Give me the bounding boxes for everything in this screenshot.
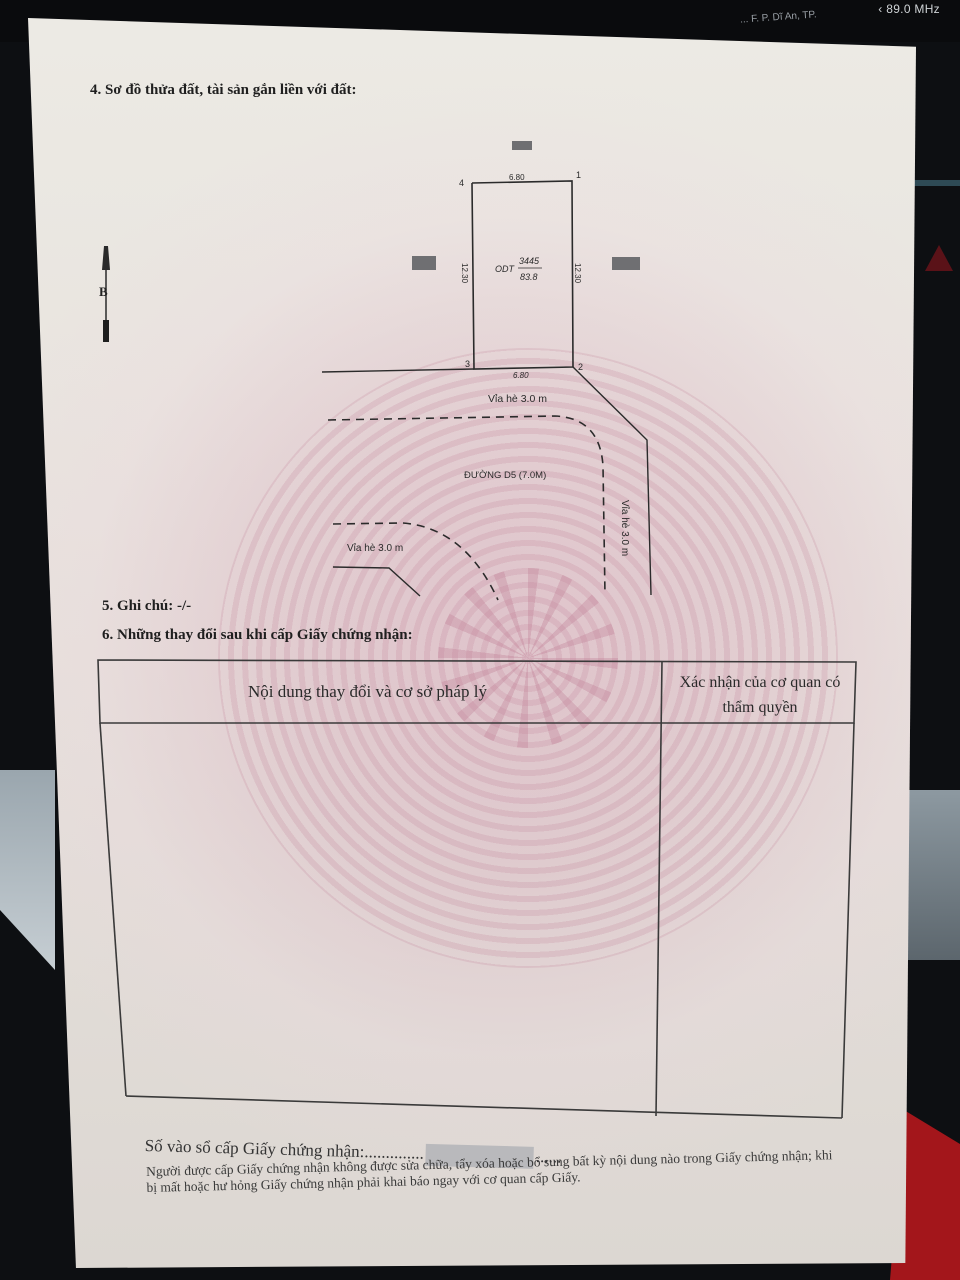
column-header-changes: Nội dung thay đổi và cơ sở pháp lý — [248, 682, 487, 702]
changes-table — [0, 0, 960, 1280]
column-header-authority-confirmation: Xác nhận của cơ quan có thẩm quyền — [672, 670, 848, 720]
document-content: 4. Sơ đồ thửa đất, tài sản gắn liền với … — [0, 0, 960, 1280]
